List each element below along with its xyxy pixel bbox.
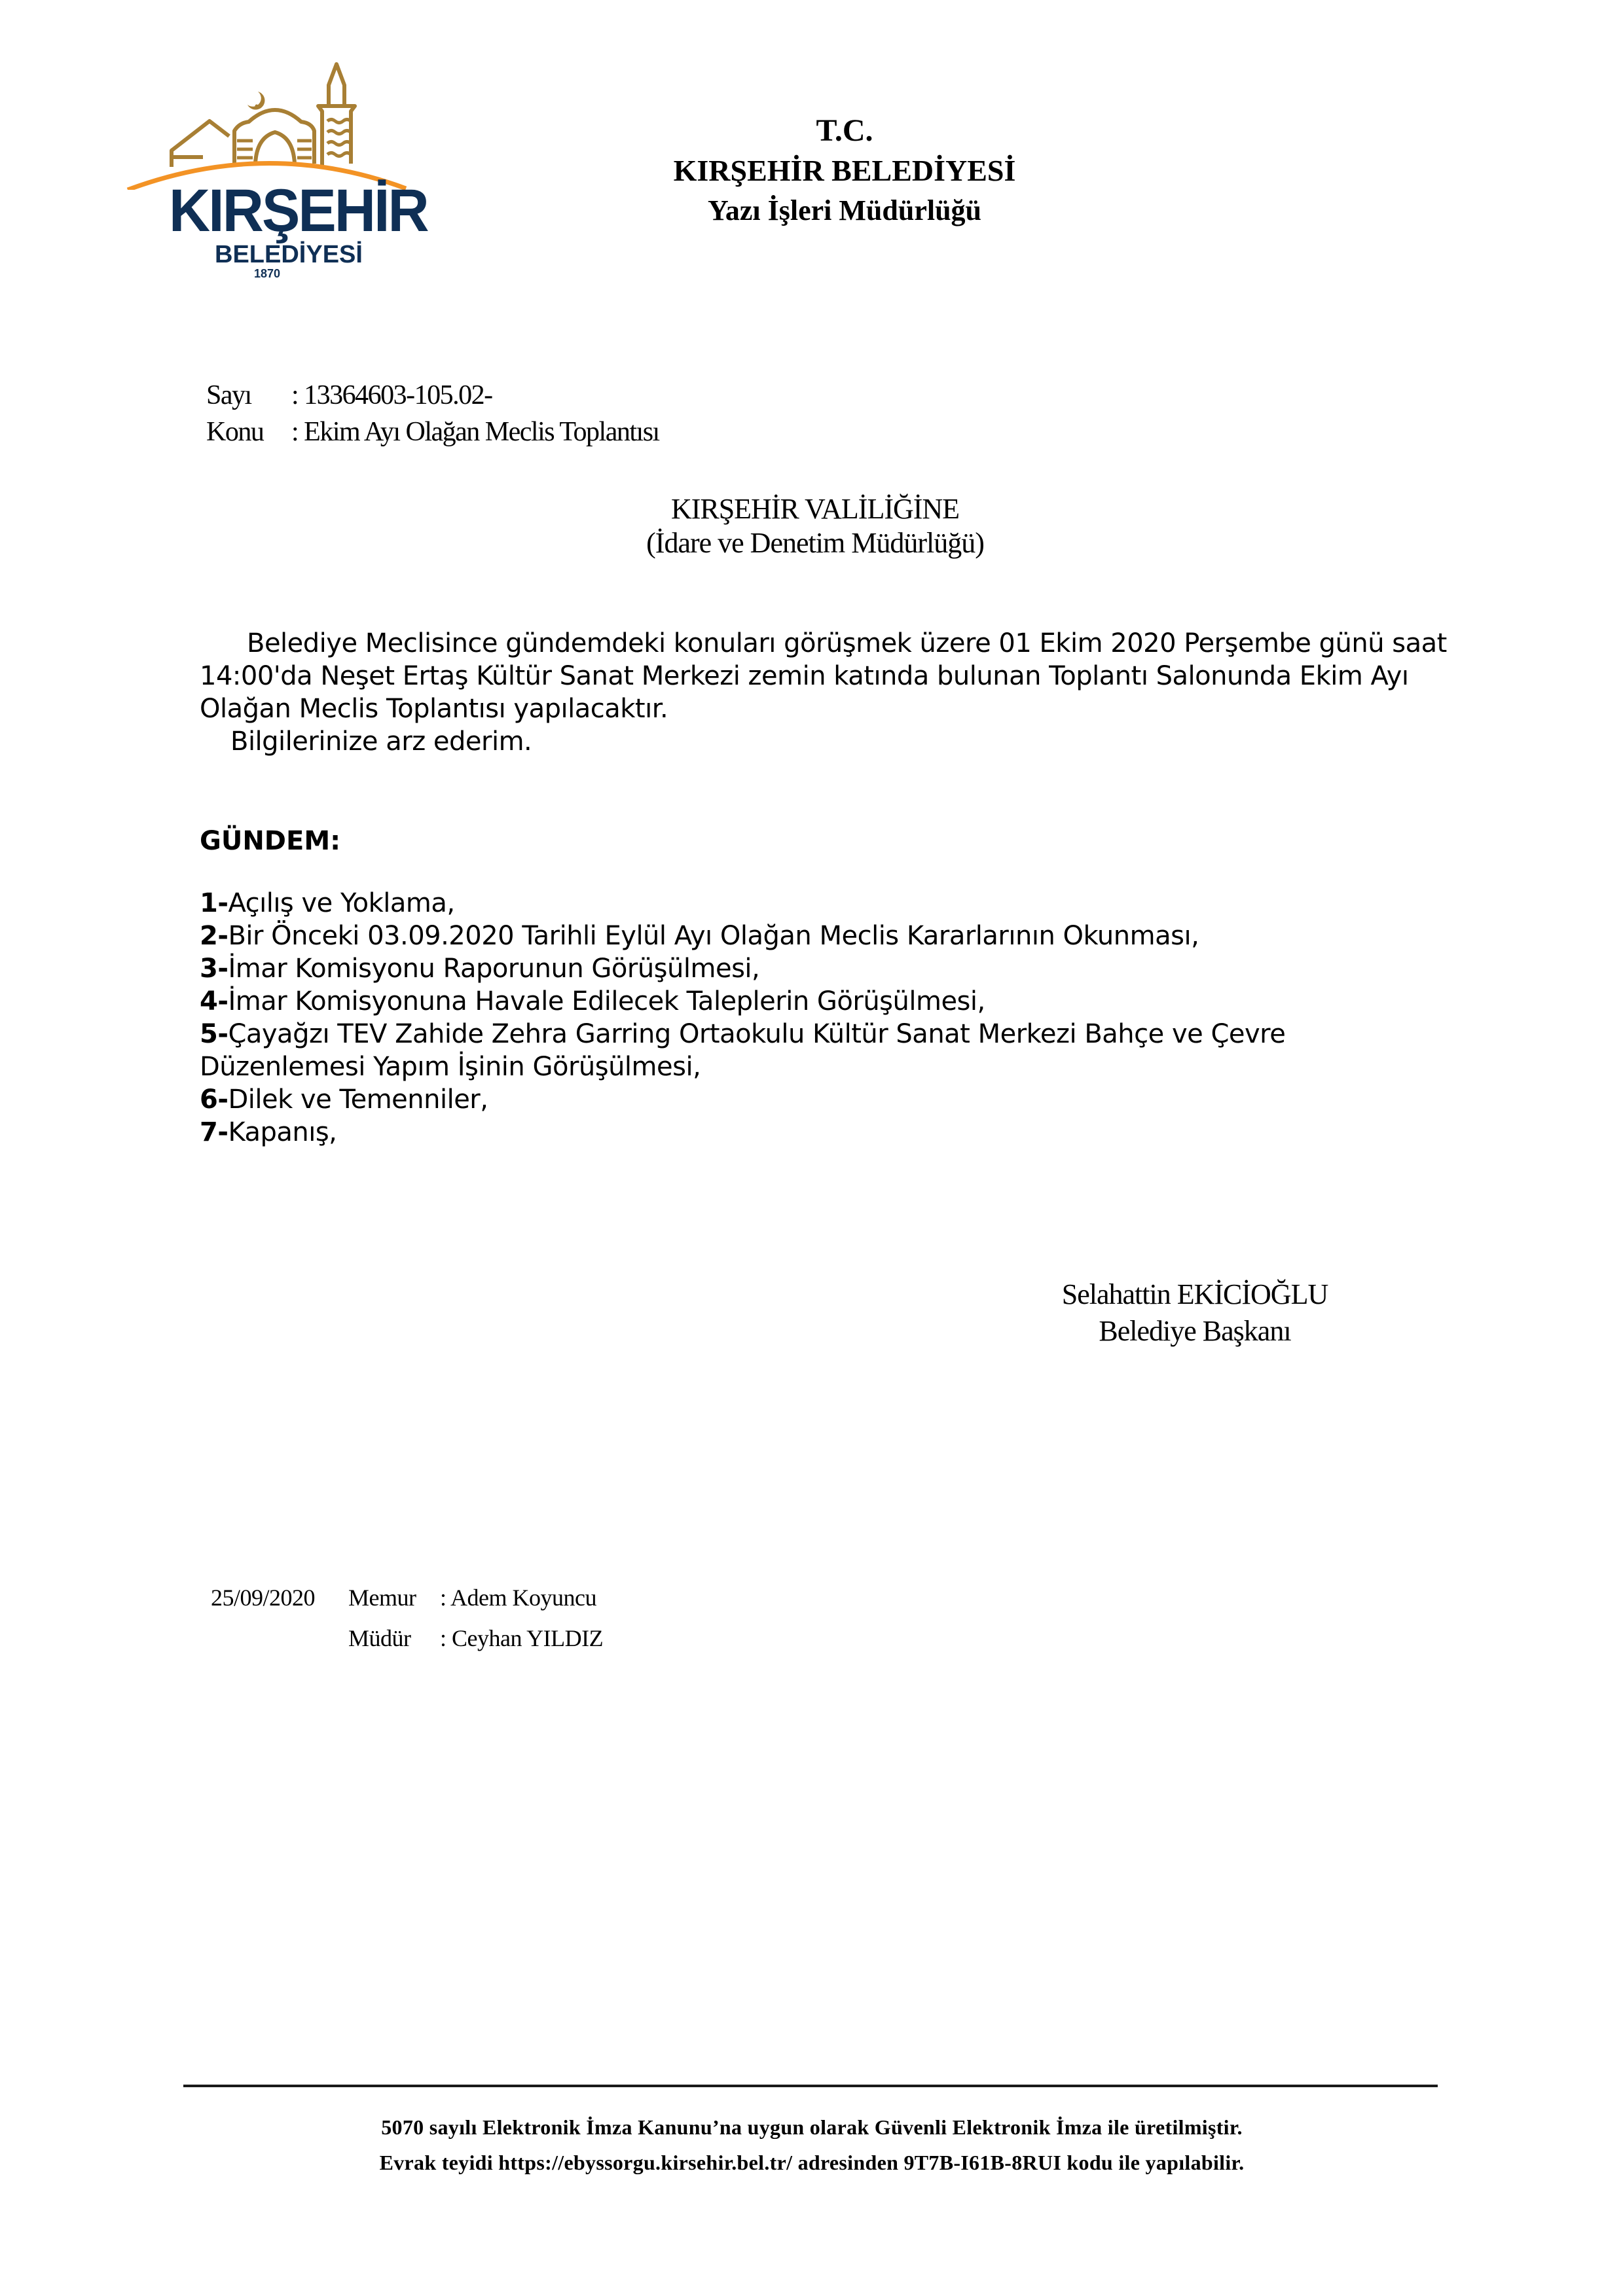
signatory-title: Belediye Başkanı [966,1314,1424,1348]
agenda-item-text: Dilek ve Temenniler, [228,1085,488,1115]
subject-value: : Ekim Ayı Olağan Meclis Toplantısı [291,417,659,447]
director-row: Müdür: Ceyhan YILDIZ [348,1624,603,1652]
e-signature-notice: 5070 sayılı Elektronik İmza Kanunu’na uy… [157,2115,1467,2140]
agenda-item-number: 2- [200,921,228,951]
document-number-label: Sayı [206,380,291,411]
agenda-item-text: İmar Komisyonuna Havale Edilecek Taleple… [228,986,985,1016]
closing-line: Bilgilerinize arz ederim. [230,725,1487,758]
agenda-item: 7-Kapanış, [200,1116,1457,1149]
signatory-name: Selahattin EKİCİOĞLU [966,1278,1424,1311]
agenda-item: 3-İmar Komisyonu Raporunun Görüşülmesi, [200,952,1457,985]
agenda-item-number: 5- [200,1019,228,1049]
document-number-row: Sayı: 13364603-105.02- [206,380,492,411]
clerk-row: Memur: Adem Koyuncu [348,1584,596,1611]
agenda-title: GÜNDEM: [200,826,340,856]
agenda-item: 2-Bir Önceki 03.09.2020 Tarihli Eylül Ay… [200,920,1457,952]
subject-label: Konu [206,416,291,448]
agenda-item: 6-Dilek ve Temenniler, [200,1083,1457,1116]
director-value: : Ceyhan YILDIZ [440,1625,603,1651]
municipality-logo: KIRŞEHİR BELEDİYESİ 1870 [118,59,432,281]
addressee-line-1: KIRŞEHİR VALİLİĞİNE [553,492,1077,526]
header-municipality: KIRŞEHİR BELEDİYESİ [517,153,1172,188]
agenda-item-text: Açılış ve Yoklama, [228,888,454,918]
agenda-item-number: 6- [200,1085,228,1115]
body-paragraph: Belediye Meclisince gündemdeki konuları … [200,627,1457,725]
agenda-item-number: 3- [200,954,228,984]
logo-city-name: KIRŞEHİR [169,177,428,245]
agenda-item-number: 7- [200,1117,228,1147]
addressee-line-2: (İdare ve Denetim Müdürlüğü) [553,526,1077,560]
subject-row: Konu: Ekim Ayı Olağan Meclis Toplantısı [206,416,659,448]
agenda-item-text: İmar Komisyonu Raporunun Görüşülmesi, [228,954,759,984]
header-tc: T.C. [517,113,1172,149]
agenda-item-text: Kapanış, [228,1117,337,1147]
agenda-item-text: Çayağzı TEV Zahide Zehra Garring Ortaoku… [200,1019,1285,1082]
agenda-item-text: Bir Önceki 03.09.2020 Tarihli Eylül Ayı … [228,921,1199,951]
agenda-item: 1-Açılış ve Yoklama, [200,887,1457,920]
agenda-item: 4-İmar Komisyonuna Havale Edilecek Talep… [200,985,1457,1018]
director-label: Müdür [348,1624,440,1652]
logo-subtitle: BELEDİYESİ [215,241,363,269]
footer-divider [183,2085,1438,2087]
document-date: 25/09/2020 [211,1584,315,1611]
agenda-list: 1-Açılış ve Yoklama, 2-Bir Önceki 03.09.… [200,887,1457,1149]
clerk-value: : Adem Koyuncu [440,1585,596,1611]
mosque-skyline-icon [118,59,432,190]
clerk-label: Memur [348,1584,440,1611]
header-department: Yazı İşleri Müdürlüğü [517,194,1172,227]
document-number-value: : 13364603-105.02- [291,380,492,410]
agenda-item-number: 1- [200,888,228,918]
verification-notice: Evrak teyidi https://ebyssorgu.kirsehir.… [157,2151,1467,2175]
agenda-item: 5-Çayağzı TEV Zahide Zehra Garring Ortao… [200,1018,1457,1083]
agenda-item-number: 4- [200,986,228,1016]
logo-year: 1870 [254,267,280,281]
